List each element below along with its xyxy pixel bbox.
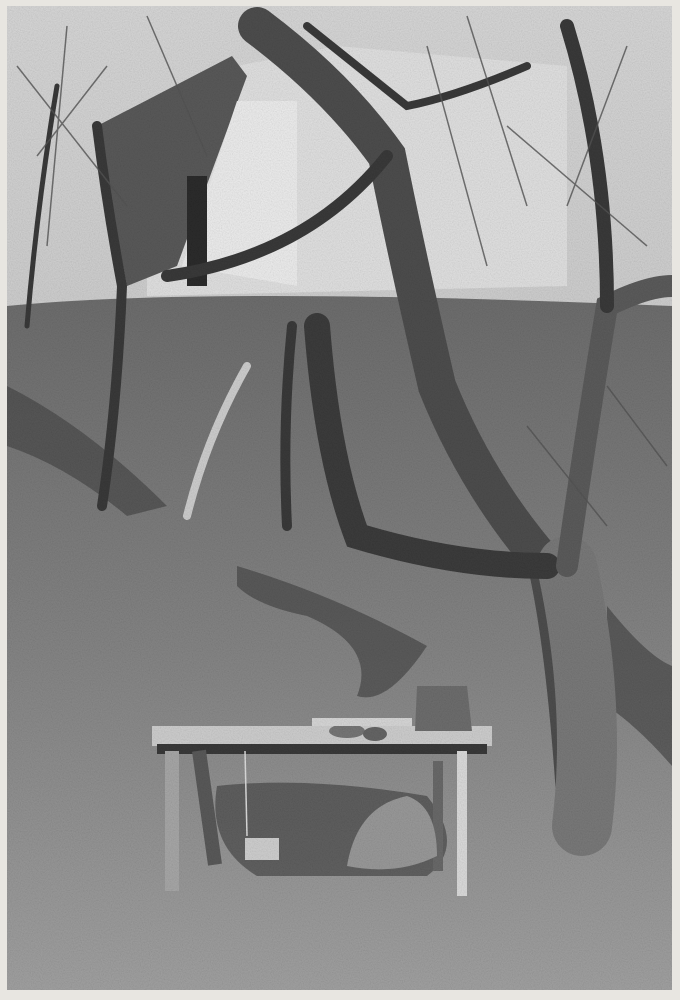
stone — [363, 727, 387, 741]
bucket — [415, 686, 472, 731]
hanging-box — [245, 838, 279, 860]
photo-scene — [7, 6, 672, 990]
photograph — [7, 6, 672, 990]
board — [312, 718, 412, 726]
stone — [329, 724, 365, 738]
